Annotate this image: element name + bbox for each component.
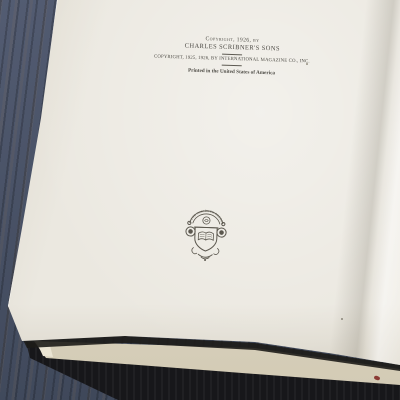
page-speck bbox=[306, 63, 308, 65]
photo-of-open-book: Copyright, 1926, by CHARLES SCRIBNER'S S… bbox=[0, 0, 400, 400]
printed-in-line: Printed in the United States of America bbox=[131, 65, 331, 79]
scribner-press-seal-icon: THE SCRIBNER PRESS bbox=[181, 203, 231, 263]
copyright-block: Copyright, 1926, by CHARLES SCRIBNER'S S… bbox=[131, 34, 332, 79]
svg-text:THE SCRIBNER PRESS: THE SCRIBNER PRESS bbox=[189, 208, 224, 223]
divider-rule-bottom bbox=[222, 65, 242, 67]
seal-arc-text: THE SCRIBNER PRESS bbox=[189, 208, 224, 223]
page-gutter-crease bbox=[328, 0, 400, 373]
page-speck bbox=[341, 318, 343, 320]
divider-rule-top bbox=[222, 54, 242, 56]
